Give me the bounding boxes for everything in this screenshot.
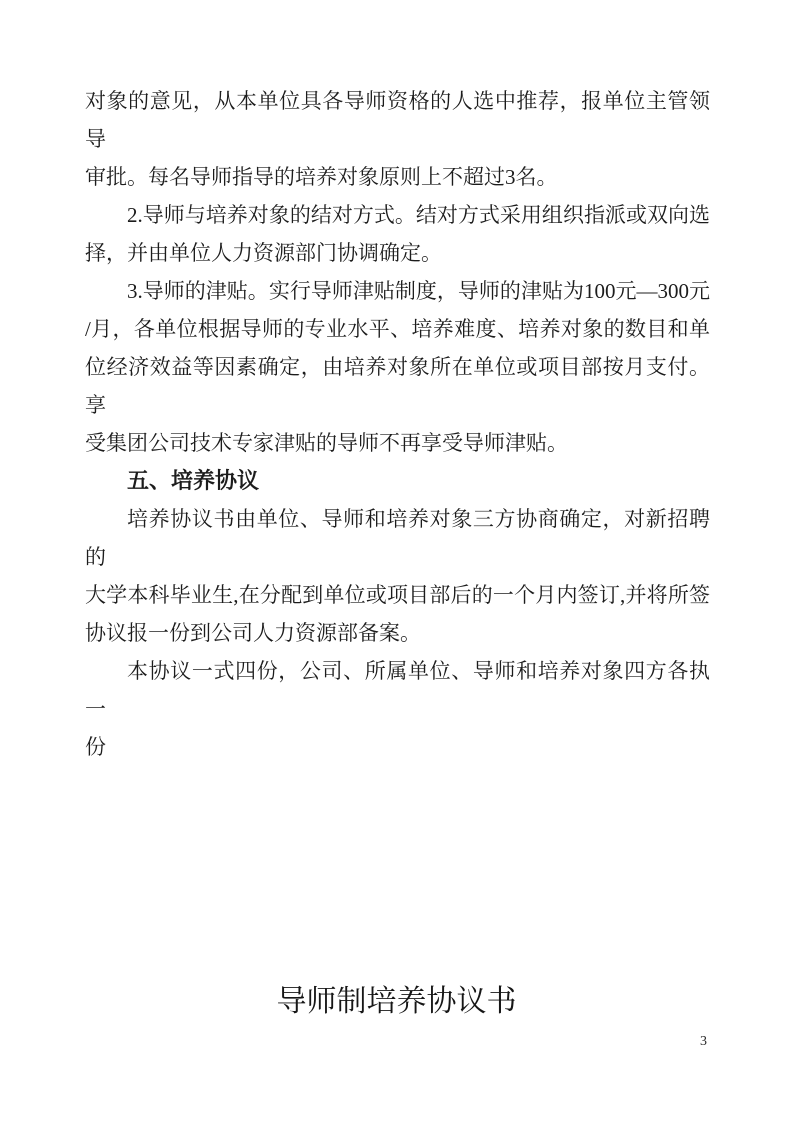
paragraph-line: /月，各单位根据导师的专业水平、培养难度、培养对象的数目和单 — [85, 310, 710, 348]
paragraph-line: 审批。每名导师指导的培养对象原则上不超过3名。 — [85, 158, 710, 196]
document-title: 导师制培养协议书 — [0, 976, 793, 1020]
paragraph-line: 大学本科毕业生,在分配到单位或项目部后的一个月内签订,并将所签 — [85, 576, 710, 614]
section-heading: 五、培养协议 — [85, 462, 710, 500]
paragraph-line: 份 — [85, 728, 710, 766]
paragraph-line: 择，并由单位人力资源部门协调确定。 — [85, 234, 710, 272]
paragraph-line: 受集团公司技术专家津贴的导师不再享受导师津贴。 — [85, 424, 710, 462]
paragraph-line: 协议报一份到公司人力资源部备案。 — [85, 614, 710, 652]
paragraph-line: 2.导师与培养对象的结对方式。结对方式采用组织指派或双向选 — [85, 196, 710, 234]
paragraph-line: 培养协议书由单位、导师和培养对象三方协商确定，对新招聘的 — [85, 500, 710, 576]
document-body: 对象的意见，从本单位具各导师资格的人选中推荐，报单位主管领导 审批。每名导师指导… — [85, 82, 710, 766]
document-page: 对象的意见，从本单位具各导师资格的人选中推荐，报单位主管领导 审批。每名导师指导… — [0, 0, 793, 1122]
paragraph-line: 对象的意见，从本单位具各导师资格的人选中推荐，报单位主管领导 — [85, 82, 710, 158]
paragraph-line: 3.导师的津贴。实行导师津贴制度，导师的津贴为100元—300元 — [85, 272, 710, 310]
paragraph-line: 位经济效益等因素确定，由培养对象所在单位或项目部按月支付。享 — [85, 348, 710, 424]
page-number: 3 — [700, 1032, 707, 1052]
paragraph-line: 本协议一式四份，公司、所属单位、导师和培养对象四方各执一 — [85, 652, 710, 728]
